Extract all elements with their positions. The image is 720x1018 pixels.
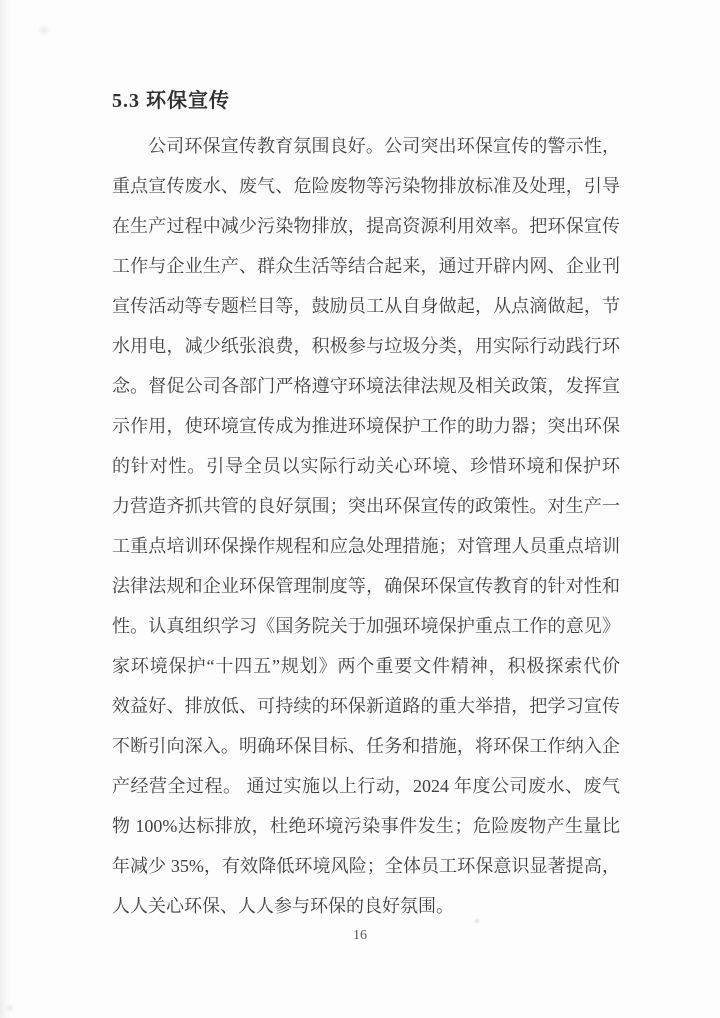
text-line: 性。认真组织学习《国务院关于加强环境保护重点工作的意见》《国	[112, 606, 620, 646]
text-line: 在生产过程中减少污染物排放，提高资源利用效率。把环保宣传教育	[112, 206, 620, 246]
text-line: 产经营全过程。 通过实施以上行动，2024 年度公司废水、废气排放	[112, 766, 620, 806]
text-line: 不断引向深入。明确环保目标、任务和措施，将环保工作纳入企业生	[112, 726, 620, 766]
text-line: 水用电，减少纸张浪费，积极参与垃圾分类，用实际行动践行环保理	[112, 326, 620, 366]
text-line: 重点宣传废水、废气、危险废物等污染物排放标准及处理，引导员工	[112, 166, 620, 206]
text-line: 年减少 35%，有效降低环境风险；全体员工环保意识显著提高，形成	[112, 846, 620, 886]
body-paragraph: 公司环保宣传教育氛围良好。公司突出环保宣传的警示性，公司重点宣传废水、废气、危险…	[112, 126, 620, 926]
text-line: 公司环保宣传教育氛围良好。公司突出环保宣传的警示性，公司	[112, 126, 620, 166]
text-line: 物 100%达标排放，杜绝环境污染事件发生；危险废物产生量比 2023	[112, 806, 620, 846]
text-line: 的针对性。引导全员以实际行动关心环境、珍惜环境和保护环境，努	[112, 446, 620, 486]
text-line: 宣传活动等专题栏目等，鼓励员工从自身做起，从点滴做起，节约用	[112, 286, 620, 326]
text-line: 工作与企业生产、群众生活等结合起来，通过开辟内网、企业刊物、	[112, 246, 620, 286]
page-number: 16	[0, 928, 720, 944]
document-page: 5.3 环保宣传 公司环保宣传教育氛围良好。公司突出环保宣传的警示性，公司重点宣…	[0, 0, 720, 1018]
text-line: 法律法规和企业环保管理制度等，确保环保宣传教育的针对性和实效	[112, 566, 620, 606]
text-line: 念。督促公司各部门严格遵守环境法律法规及相关政策，发挥宣传警	[112, 366, 620, 406]
text-line: 示作用，使环境宣传成为推进环境保护工作的助力器；突出环保宣传	[112, 406, 620, 446]
text-line: 工重点培训环保操作规程和应急处理措施；对管理人员重点培训环保	[112, 526, 620, 566]
text-line: 效益好、排放低、可持续的环保新道路的重大举措，把学习宣传活动	[112, 686, 620, 726]
section-heading: 5.3 环保宣传	[112, 84, 230, 113]
text-line: 人人关心环保、人人参与环保的良好氛围。	[112, 886, 620, 926]
text-line: 家环境保护“十四五”规划》两个重要文件精神，积极探索代价小、	[112, 646, 620, 686]
text-line: 力营造齐抓共管的良好氛围；突出环保宣传的政策性。对生产一线员	[112, 486, 620, 526]
